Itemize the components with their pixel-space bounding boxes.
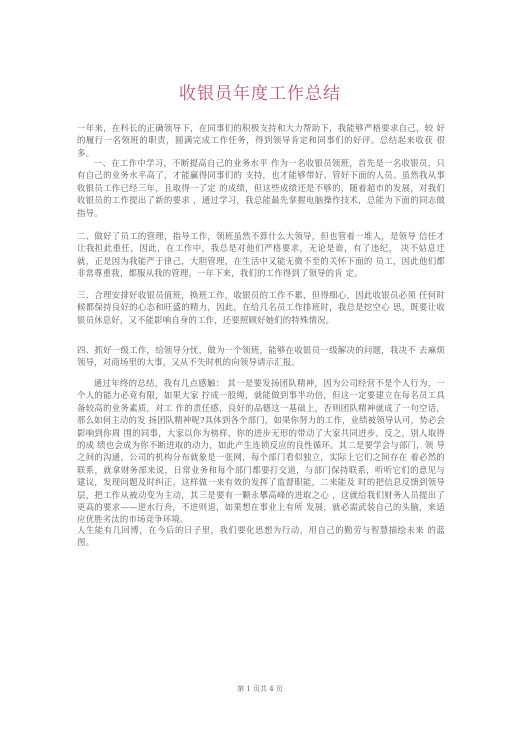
paragraph-section-1: 一、在工作中学习，不断提高自己的业务水平 作为一名收银员领班，首先是一名收银员，… xyxy=(77,157,445,219)
document-page: 收银员年度工作总结 一年来，在科长的正确领导下，在同事们的积极支持和大力帮助下，… xyxy=(0,0,520,735)
paragraph-section-4: 四、抓好一级工作，给领导分忧，做为一个领班，能够在收银员一级解决的问题，我决不 … xyxy=(77,344,445,369)
paragraph-section-3: 三、合理安排好收银员值班，换班工作，收银员的工作不累，但得细心，因此收银员必须 … xyxy=(77,289,445,326)
paragraph-section-2: 二、做好了员工的管理，指导工作，领班虽然不算什么大领导，但也管着一堆人，是领导 … xyxy=(77,230,445,280)
paragraph-closing: 人生能有几回博，在今后的日子里，我们要化思想为行动，用自己的勤劳与智慧描绘未来 … xyxy=(77,524,445,549)
paragraph-intro: 一年来，在科长的正确领导下，在同事们的积极支持和大力帮助下，我能够严格要求自己，… xyxy=(77,122,445,159)
document-title: 收银员年度工作总结 xyxy=(0,79,520,104)
paragraph-reflections: 通过年终的总结，我有几点感触： 其一是要发扬团队精神，因为公司经营不是个人行为，… xyxy=(77,377,445,526)
page-footer: 第 1 页共 4 页 xyxy=(0,684,520,694)
